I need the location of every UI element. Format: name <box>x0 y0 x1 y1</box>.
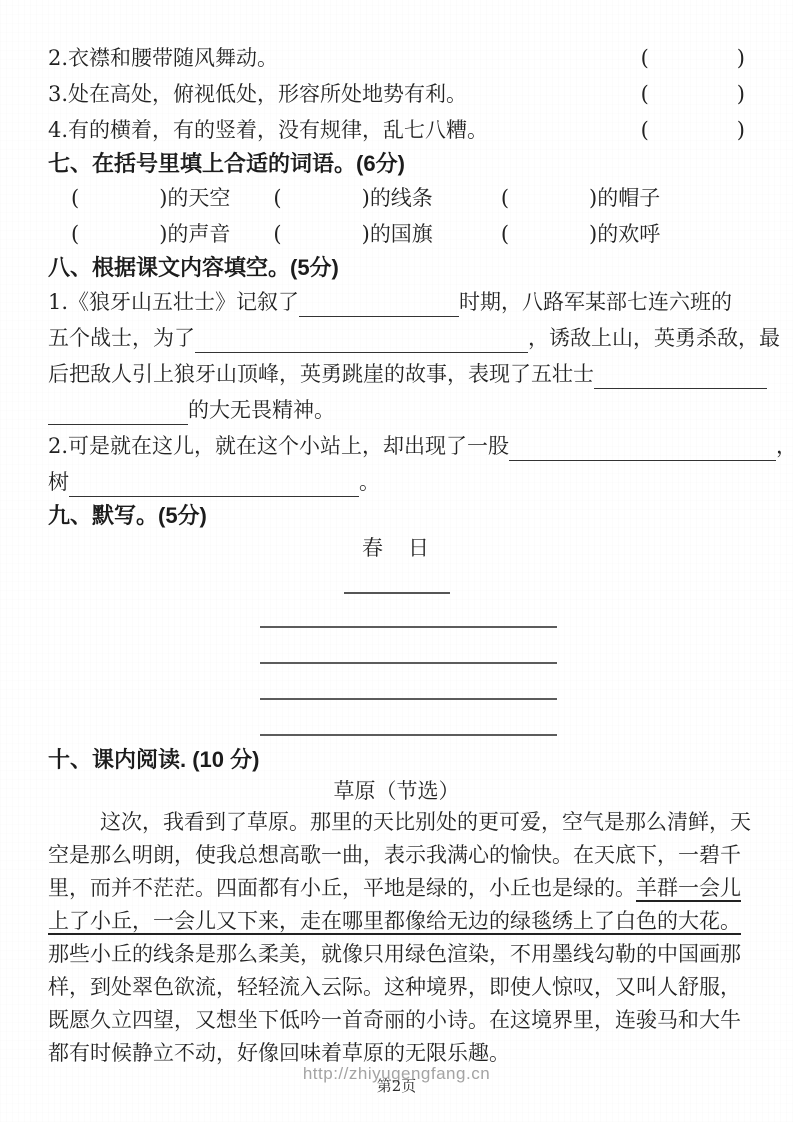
open-paren: ( <box>273 180 281 216</box>
definition-item-3: 3.处在高处，俯视低处，形容所处地势有利。 () <box>48 76 745 112</box>
passage-line: 空是那么明朗，使我总想高歌一曲，表示我满心的愉快。在天底下，一碧千 <box>48 839 745 872</box>
definition-item-2: 2.衣襟和腰带随风舞动。 () <box>48 40 745 76</box>
word-fill-cell: ()的欢呼 <box>501 216 660 252</box>
blank-underline <box>299 294 459 317</box>
fill-blank-line: 1.《狼牙山五壮士》记叙了时期，八路军某部七连六班的 <box>48 284 745 320</box>
poem-author-blank-line <box>344 564 450 594</box>
section-eight-heading: 八、根据课文内容填空。(5分) <box>48 252 745 284</box>
fill-blank-line: 树。 <box>48 464 745 500</box>
poem-blank-line <box>260 594 557 628</box>
poem-blank-line <box>260 628 557 664</box>
question-text: 时期，八路军某部七连六班的 <box>459 290 732 314</box>
word-fill-row-1: ()的天空 ()的线条 ()的帽子 <box>48 180 745 216</box>
passage-text: 里，而并不茫茫。四面都有小丘，平地是绿的，小丘也是绿的。 <box>48 876 636 900</box>
word-label: 的帽子 <box>597 180 660 216</box>
word-fill-row-2: ()的声音 ()的国旗 ()的欢呼 <box>48 216 745 252</box>
close-paren: ) <box>159 216 167 252</box>
open-paren: ( <box>71 216 79 252</box>
fill-blank-line: 五个战士，为了，诱敌上山，英勇杀敌，最 <box>48 320 745 356</box>
open-paren: ( <box>71 180 79 216</box>
word-fill-cell: ()的国旗 <box>273 216 432 252</box>
close-paren: ) <box>589 180 597 216</box>
passage-text: 样，到处翠色欲流，轻轻流入云际。这种境界，即使人惊叹，又叫人舒服， <box>48 975 741 999</box>
passage-text: 空是那么明朗，使我总想高歌一曲，表示我满心的愉快。在天底下，一碧千 <box>48 843 741 867</box>
blank-underline <box>195 330 528 353</box>
open-paren: ( <box>641 40 649 76</box>
answer-paren-pair: () <box>641 76 745 112</box>
passage-title: 草原（节选） <box>48 776 745 806</box>
word-fill-cell: ()的帽子 <box>501 180 660 216</box>
page-number: 第2页 <box>377 1075 417 1096</box>
exam-paper-page: 2.衣襟和腰带随风舞动。 () 3.处在高处，俯视低处，形容所处地势有利。 ()… <box>0 0 793 1122</box>
open-paren: ( <box>501 216 509 252</box>
passage-line: 上了小丘，一会儿又下来，走在哪里都像给无边的绿毯绣上了白色的大花。 <box>48 905 745 938</box>
close-paren: ) <box>737 112 745 148</box>
passage-line: 样，到处翠色欲流，轻轻流入云际。这种境界，即使人惊叹，又叫人舒服， <box>48 971 745 1004</box>
close-paren: ) <box>737 40 745 76</box>
question-text: ，几 <box>776 434 793 458</box>
page-content: 2.衣襟和腰带随风舞动。 () 3.处在高处，俯视低处，形容所处地势有利。 ()… <box>0 0 793 1070</box>
word-label: 的天空 <box>167 180 230 216</box>
close-paren: ) <box>159 180 167 216</box>
blank-underline <box>48 402 188 425</box>
passage-text: 既愿久立四望，又想坐下低吟一首奇丽的小诗。在这境界里，连骏马和大牛 <box>48 1008 741 1032</box>
question-text: 后把敌人引上狼牙山顶峰，英勇跳崖的故事，表现了五壮士 <box>48 362 594 386</box>
passage-line: 这次，我看到了草原。那里的天比别处的更可爱，空气是那么清鲜，天 <box>48 806 745 839</box>
word-label: 的国旗 <box>370 216 433 252</box>
passage-underlined-text: 羊群一会儿 <box>636 876 741 900</box>
word-label: 的线条 <box>370 180 433 216</box>
passage-line: 那些小丘的线条是那么柔美，就像只用绿色渲染，不用墨线勾勒的中国画那 <box>48 938 745 971</box>
question-text: 。 <box>359 470 380 494</box>
answer-paren-pair: () <box>641 40 745 76</box>
blank-underline <box>509 438 776 461</box>
close-paren: ) <box>362 216 370 252</box>
question-text: 1.《狼牙山五壮士》记叙了 <box>48 290 299 314</box>
poem-title: 春 日 <box>48 532 745 564</box>
passage-line: 既愿久立四望，又想坐下低吟一首奇丽的小诗。在这境界里，连骏马和大牛 <box>48 1004 745 1037</box>
close-paren: ) <box>589 216 597 252</box>
definition-text: 4.有的横着，有的竖着，没有规律，乱七八糟。 <box>48 112 488 148</box>
passage-text: 都有时候静立不动，好像回味着草原的无限乐趣。 <box>48 1041 510 1065</box>
passage-text: 那些小丘的线条是那么柔美，就像只用绿色渲染，不用墨线勾勒的中国画那 <box>48 942 741 966</box>
word-label: 的声音 <box>167 216 230 252</box>
passage-text: 这次，我看到了草原。那里的天比别处的更可爱，空气是那么清鲜，天 <box>100 810 751 834</box>
question-text: 五个战士，为了 <box>48 326 195 350</box>
definition-text: 2.衣襟和腰带随风舞动。 <box>48 40 278 76</box>
blank-underline <box>594 366 767 389</box>
fill-blank-line: 的大无畏精神。 <box>48 392 745 428</box>
word-label: 的欢呼 <box>597 216 660 252</box>
fill-blank-line: 2.可是就在这儿，就在这个小站上，却出现了一股，几 <box>48 428 745 464</box>
definition-item-4: 4.有的横着，有的竖着，没有规律，乱七八糟。 () <box>48 112 745 148</box>
section-ten-heading: 十、课内阅读. (10 分) <box>48 744 745 776</box>
fill-blank-line: 后把敌人引上狼牙山顶峰，英勇跳崖的故事，表现了五壮士 <box>48 356 745 392</box>
word-fill-cell: ()的天空 <box>71 180 230 216</box>
open-paren: ( <box>641 112 649 148</box>
answer-paren-pair: () <box>641 112 745 148</box>
open-paren: ( <box>501 180 509 216</box>
close-paren: ) <box>362 180 370 216</box>
section-seven-heading: 七、在括号里填上合适的词语。(6分) <box>48 148 745 180</box>
definition-text: 3.处在高处，俯视低处，形容所处地势有利。 <box>48 76 467 112</box>
blank-underline <box>69 474 359 497</box>
poem-blank-line <box>260 664 557 700</box>
word-fill-cell: ()的线条 <box>273 180 432 216</box>
question-text: 树 <box>48 470 69 494</box>
question-text: 的大无畏精神。 <box>188 398 335 422</box>
open-paren: ( <box>273 216 281 252</box>
question-text: 2.可是就在这儿，就在这个小站上，却出现了一股 <box>48 434 509 458</box>
word-fill-cell: ()的声音 <box>71 216 230 252</box>
passage-underlined-text: 上了小丘，一会儿又下来，走在哪里都像给无边的绿毯绣上了白色的大花。 <box>48 909 741 933</box>
passage-line: 里，而并不茫茫。四面都有小丘，平地是绿的，小丘也是绿的。羊群一会儿 <box>48 872 745 905</box>
poem-blank-line <box>260 700 557 736</box>
section-nine-heading: 九、默写。(5分) <box>48 500 745 532</box>
close-paren: ) <box>737 76 745 112</box>
open-paren: ( <box>641 76 649 112</box>
question-text: ，诱敌上山，英勇杀敌，最 <box>528 326 780 350</box>
